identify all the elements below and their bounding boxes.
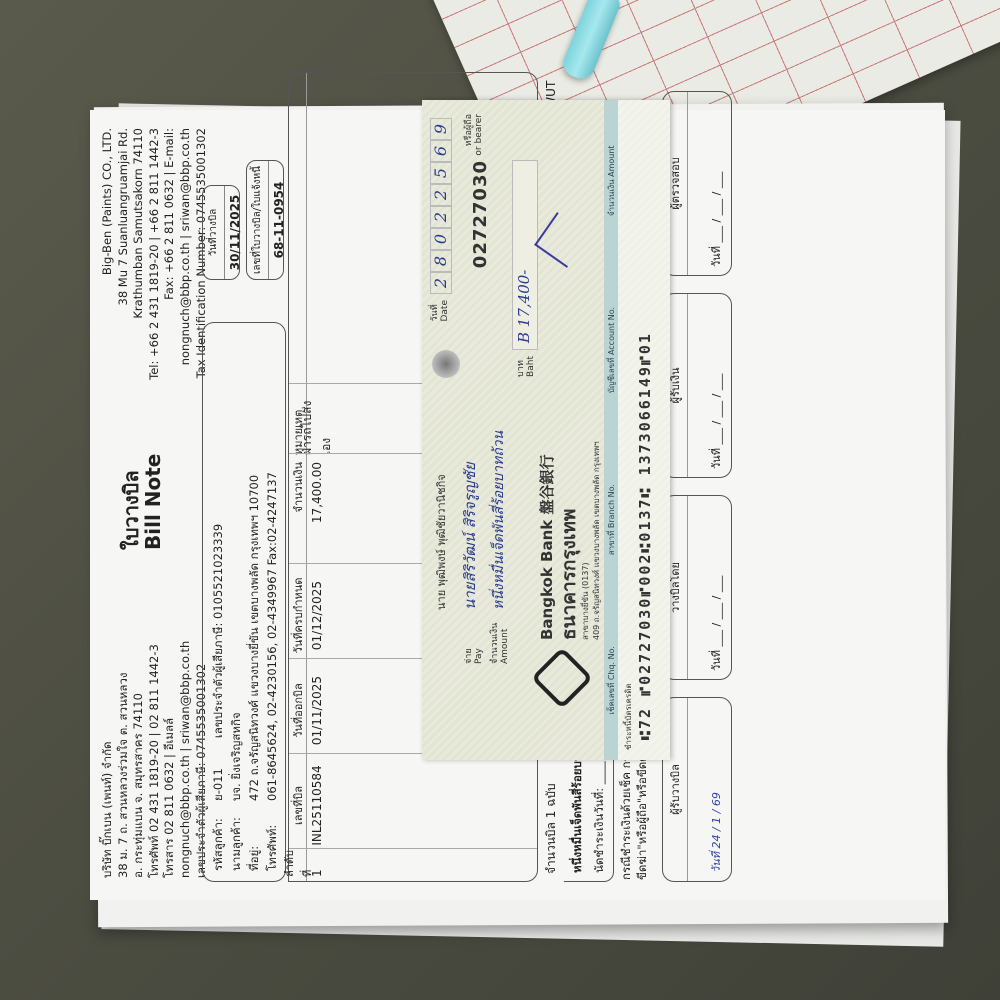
baht-label: บาท Baht <box>516 356 536 377</box>
strip-label: จำนวนเงิน Amount <box>605 145 618 216</box>
signature-date[interactable]: วันที่ ___ / ___ / ___ <box>707 374 725 469</box>
company-address-en: 38 Mu 7 Suanluangruamjai Rd. <box>116 128 132 380</box>
bill-number-label: เลขที่ใบวางบิล/ใบแจ้งหนี้ <box>247 161 269 279</box>
branch-address: 409 ถ.จรัญสนิทวงศ์ แขวงบางพลัด เขตบางพลั… <box>591 441 602 640</box>
cell-remark: ฝ่ารถไปส่งเอง <box>298 388 336 458</box>
customer-phone: 061-8645624, 02-4230156, 02-4349967 Fax:… <box>263 472 281 801</box>
cheque-printed-name: นาย พุฒิพงษ์ พุฒิชัยวานิชกิจ <box>432 474 450 610</box>
customer-code-label: รหัสลูกค้า: <box>209 801 227 871</box>
customer-name-label: นามลูกค้า: <box>227 801 245 871</box>
signature-date[interactable]: วันที่ ___ / ___ / ___ <box>707 172 725 267</box>
signature-box-inspector: ผู้ตรวจสอบ วันที่ ___ / ___ / ___ <box>662 91 732 276</box>
company-address-th: 38 ม. 7 ถ. สวนหลวงร่วมใจ ต. สวนหลวง <box>116 641 132 878</box>
date-digit: 0 <box>430 228 452 250</box>
bangkok-bank-logo-icon <box>531 647 593 709</box>
customer-code: ย-011 <box>209 768 227 801</box>
col-header-amount: จำนวนเงิน <box>289 458 307 568</box>
company-address-en: Krathumban Samutsakorn 74110 <box>131 128 147 380</box>
drawer-signature-icon <box>534 212 590 268</box>
strip-label: เช็คเลขที่ Chq. No. <box>605 646 618 715</box>
grid-line <box>289 848 537 849</box>
amount-label: จำนวนเงิน Amount <box>490 623 510 664</box>
signature-date[interactable]: วันที่ 24 / 1 / 69 <box>707 792 725 873</box>
micr-line: ⑆72 ⑈02727030⑈002⑆0137⑆ 1373066149⑈01 <box>636 332 654 740</box>
cell-issue-date: 01/11/2025 <box>310 663 324 758</box>
date-digit: 5 <box>430 162 452 184</box>
bill-date-box: วันที่วางบิล 30/11/2025 <box>202 185 240 280</box>
bill-note-document: บริษัท บิ๊กเบน (เพนท์) จำกัด 38 ม. 7 ถ. … <box>90 110 945 900</box>
cheque-side-text: ชำระหนี้บัตรเครดิต <box>622 683 635 750</box>
signature-box-payment-receiver: ผู้รับเงิน วันที่ ___ / ___ / ___ <box>662 293 732 478</box>
cell-no: 1 <box>310 853 324 881</box>
company-fax-en: Fax: +66 2 811 0632 | E-mail: <box>162 128 178 380</box>
signature-date[interactable]: วันที่ ___ / ___ / ___ <box>707 576 725 671</box>
cell-bill-no: INL25110584 <box>310 758 324 853</box>
signature-box-bill-receiver: ผู้รับวางบิล วันที่ 24 / 1 / 69 <box>662 697 732 882</box>
bank-branch: สาขาบางยี่ขัน (0137) 409 ถ.จรัญสนิทวงศ์ … <box>580 441 602 640</box>
date-digit: 6 <box>430 140 452 162</box>
company-header-thai: บริษัท บิ๊กเบน (เพนท์) จำกัด 38 ม. 7 ถ. … <box>100 641 209 878</box>
date-digit: 2 <box>430 184 452 206</box>
bill-date: 30/11/2025 <box>225 186 242 279</box>
customer-address-label: ที่อยู่: <box>245 801 263 871</box>
customer-phone-label: โทรศัพท์: <box>263 801 281 871</box>
date-digit: 9 <box>430 118 452 140</box>
pay-label: จ่าย Pay <box>464 648 484 664</box>
strip-label: สาขาที่ Branch No. <box>605 484 618 555</box>
payee-handwritten: นายสิริวัฒน์ สิริจรูญชัย <box>458 463 482 610</box>
document-title: ใบวางบิล Bill Note <box>120 454 164 550</box>
title-en: Bill Note <box>142 454 164 550</box>
date-digit: 2 <box>430 206 452 228</box>
table-row: 1 INL25110584 01/11/2025 01/12/2025 17,4… <box>307 73 327 881</box>
bangkok-bank-cheque: นาย พุฒิพงษ์ พุฒิชัยวานิชกิจ จ่าย Pay นา… <box>422 100 670 760</box>
date-digit: 2 <box>430 272 452 294</box>
amount-words-handwritten: หนึ่งหมื่นเจ็ดพันสี่ร้อยบาทถ้วน <box>488 431 510 610</box>
cheque-field-strip: เช็คเลขที่ Chq. No. สาขาที่ Branch No. บ… <box>604 100 618 760</box>
company-header-english: Big-Ben (Paints) CO., LTD. 38 Mu 7 Suanl… <box>100 128 209 380</box>
col-header-issue-date: วันที่ออกบิล <box>289 663 307 758</box>
bill-number: 68-11-0954 <box>269 161 286 279</box>
customer-name: บจ. ยิ่งเจริญสหกิจ <box>227 712 245 801</box>
col-header-due-date: วันที่ครบกำหนด <box>289 568 307 663</box>
cell-amount: 17,400.00 <box>310 458 324 568</box>
col-header-bill-no: เลขที่บิล <box>289 758 307 853</box>
garuda-emblem-icon <box>432 350 460 378</box>
customer-tax-id: เลขประจำตัวผู้เสียภาษี: 0105521023339 <box>209 524 227 738</box>
company-name-en: Big-Ben (Paints) CO., LTD. <box>100 128 116 380</box>
cell-due-date: 01/12/2025 <box>310 568 324 663</box>
bill-number-box: เลขที่ใบวางบิล/ใบแจ้งหนี้ 68-11-0954 <box>246 160 284 280</box>
company-address-th: อ. กระทุ่มแบน จ. สมุทรสาคร 74110 <box>131 641 147 878</box>
company-fax-th: โทรสาร 02 811 0632 | อีเมลล์ <box>162 641 178 878</box>
cheque-number: 02727030 <box>470 160 491 268</box>
company-name-th: บริษัท บิ๊กเบน (เพนท์) จำกัด <box>100 641 116 878</box>
date-label: วันที่ Date <box>430 300 452 322</box>
company-tel-en: Tel: +66 2 431 1819-20 | +66 2 811 1442-… <box>147 128 163 380</box>
date-digit: 8 <box>430 250 452 272</box>
title-th: ใบวางบิล <box>120 454 142 550</box>
company-email-en: nongnuch@bbp.co.th | sriwan@bbp.co.th <box>178 128 194 380</box>
signature-box-billed-by: วางบิลโดย วันที่ ___ / ___ / ___ <box>662 495 732 680</box>
strip-label: บัญชีเลขที่ Account No. <box>605 307 618 393</box>
bill-date-label: วันที่วางบิล <box>203 186 225 279</box>
table-header: ลำดับที่ เลขที่บิล วันที่ออกบิล วันที่คร… <box>289 73 307 881</box>
customer-info-box: รหัสลูกค้า:ย-011เลขประจำตัวผู้เสียภาษี: … <box>202 322 286 882</box>
customer-address: 472 ถ.จรัญสนิทวงศ์ แขวงบางยี่ขัน เขตบางพ… <box>245 475 263 801</box>
cheque-date: วันที่ Date 2 8 0 2 2 5 6 9 <box>430 118 452 322</box>
branch-name: สาขาบางยี่ขัน (0137) <box>580 441 591 640</box>
company-tel-th: โทรศัพท์ 02 431 1819-20 | 02 811 1442-3 <box>147 641 163 878</box>
baht-amount: B 17,400- <box>512 160 538 350</box>
bearer-label: หรือผู้ถือ or bearer <box>464 114 484 156</box>
company-email-th: nongnuch@bbp.co.th | sriwan@bbp.co.th <box>178 641 194 878</box>
